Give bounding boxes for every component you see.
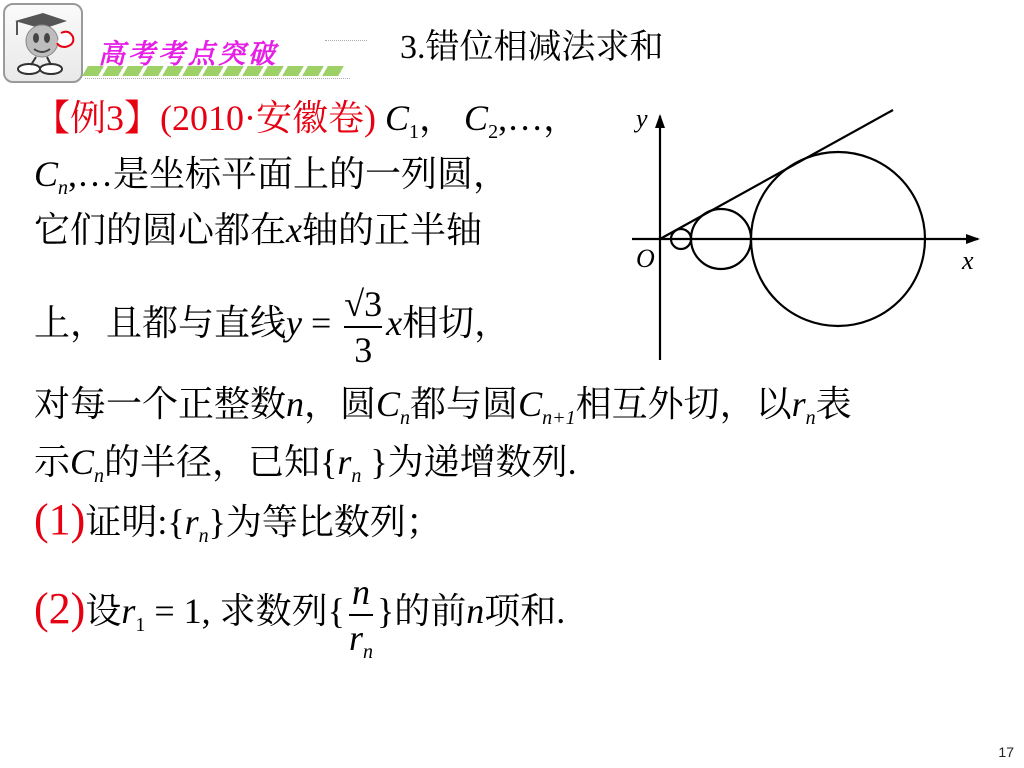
- tangent-circles-figure: [0, 0, 1024, 768]
- x-axis-label: x: [962, 246, 974, 276]
- tangent-line: [660, 110, 893, 239]
- page-number: 17: [998, 744, 1014, 760]
- origin-label: O: [636, 244, 655, 274]
- y-axis-label: y: [636, 104, 648, 134]
